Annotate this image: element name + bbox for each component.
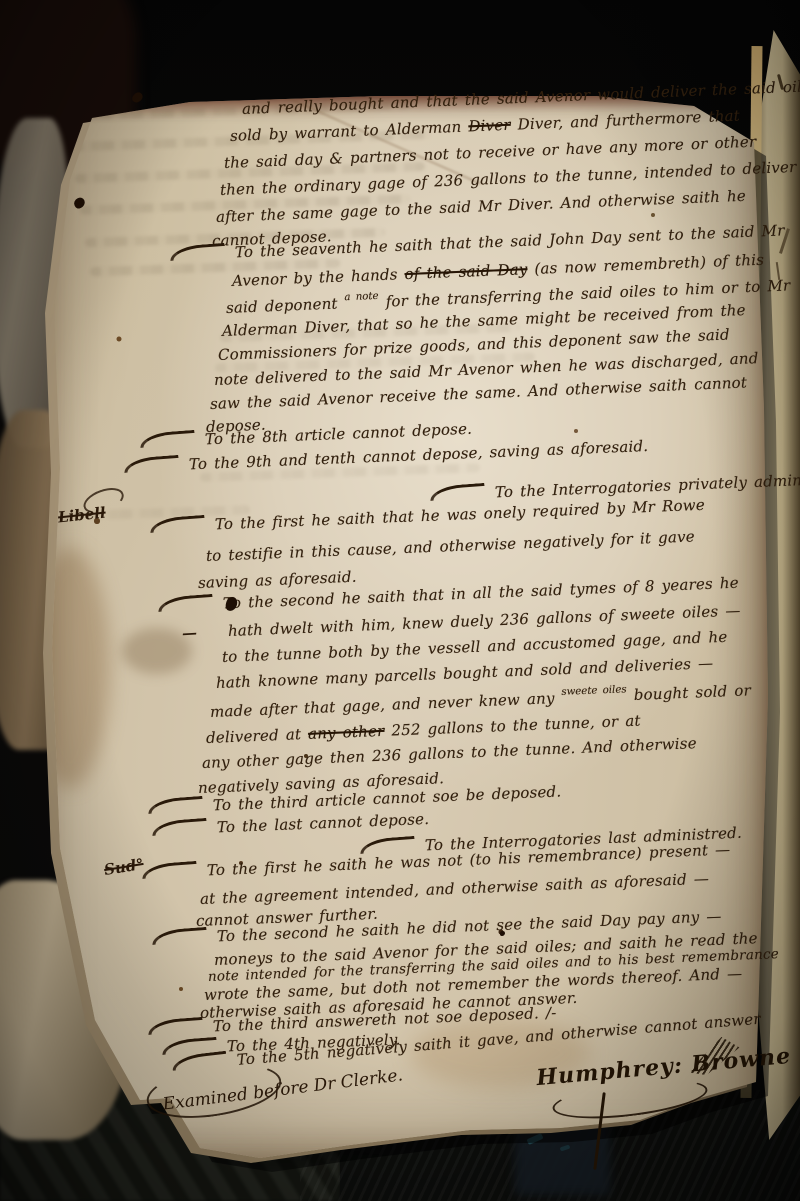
paper-stain bbox=[410, 1018, 590, 1088]
show-through-line bbox=[72, 130, 432, 152]
paper-stain bbox=[122, 628, 192, 674]
next-page-ink-mark bbox=[776, 262, 780, 280]
show-through-line bbox=[85, 228, 385, 247]
next-page-ink-mark bbox=[779, 228, 789, 254]
show-through-line bbox=[75, 162, 425, 183]
show-through-line bbox=[215, 352, 535, 372]
show-through-line bbox=[80, 194, 410, 215]
manuscript-page bbox=[30, 88, 770, 1168]
show-through-line bbox=[90, 505, 250, 520]
show-through-line bbox=[200, 463, 480, 482]
next-page-ink-mark bbox=[777, 74, 784, 90]
show-through-line bbox=[90, 259, 340, 277]
manuscript-photo: Examined before Dr Clerke. Humphrey: Bro… bbox=[0, 0, 800, 1201]
show-through-line bbox=[220, 323, 520, 342]
